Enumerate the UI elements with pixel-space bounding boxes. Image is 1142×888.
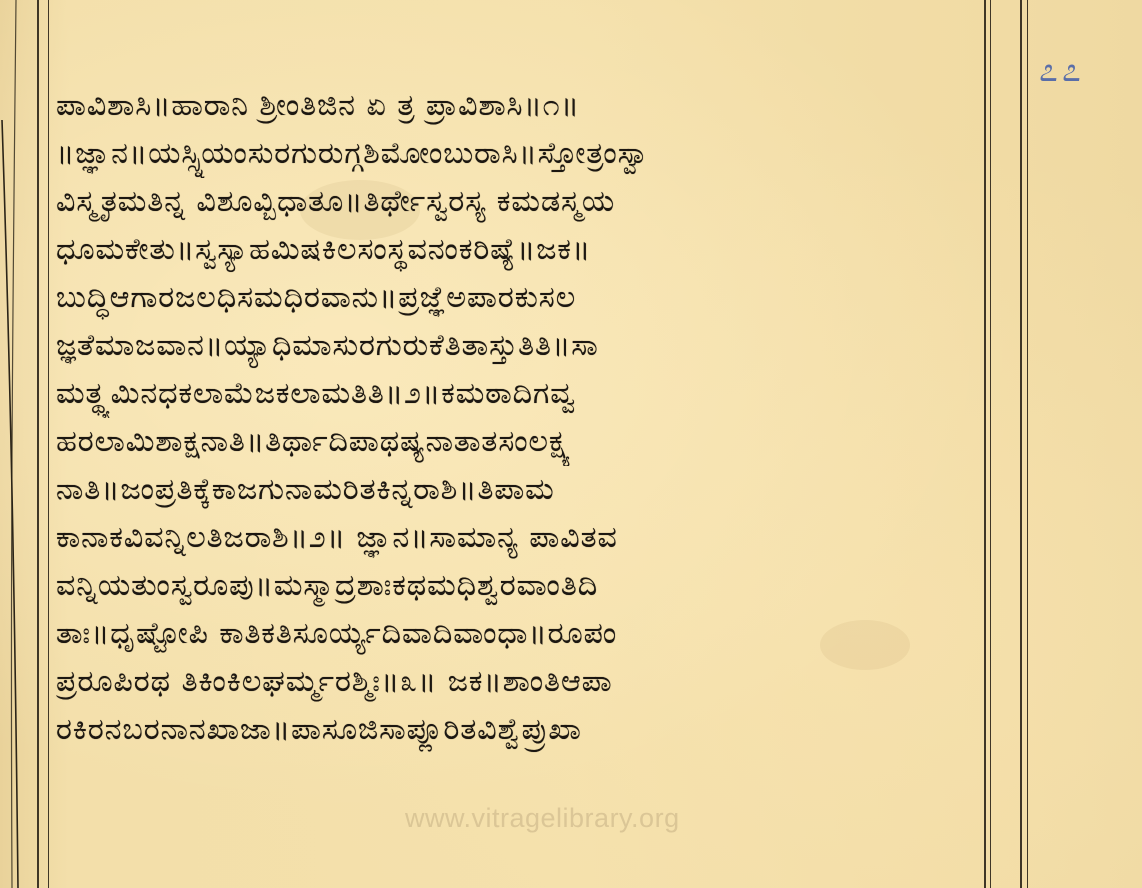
text-line-3: ವಿಸ್ಮೃತಮತಿನ್ನ ವಿಶೂವ್ಬಿಧಾತೂ॥ತಿರ್ಥೇಸ್ವರಸ್ಯ…: [56, 178, 984, 226]
text-line-5: ಬುದ್ಧಿಆಗಾರಜಲಧಿಸಮಧಿರವಾನು॥ಪ್ರಜ್ಞೆಅಪಾರಕುಸಲ: [56, 274, 984, 322]
watermark: www.vitragelibrary.org: [405, 803, 680, 834]
text-line-4: ಧೂಮಕೇತು॥ಸ್ವಸ್ಯಾಹಮಿಷಕಿಲಸಂಸ್ಥವನಂಕರಿಷ್ಯೆ॥ಜಕ…: [56, 226, 984, 274]
text-line-13: ಪ್ರರೂಪಿರಥ ತಿಕಿಂಕಿಲಘರ್ಮ್ಮರಶ್ಮಿಃ॥೩॥ ಜಕ॥ಶಾಂ…: [56, 658, 984, 706]
page-edge-curve: [0, 0, 60, 888]
text-line-10: ಕಾನಾಕವಿವನ್ನಿಲತಿಜರಾಶಿ॥೨॥ ಜ್ಞಾನ॥ಸಾಮಾನ್ಯ ಪಾ…: [56, 514, 984, 562]
text-line-1: ಪಾವಿಶಾಸಿ॥ಹಾರಾನಿ ಶ್ರೀಂತಿಜಿನ ಏ ತ್ರ ಪ್ರಾವಿಶ…: [56, 82, 984, 130]
manuscript-page: ೭೭ ಪಾವಿಶಾಸಿ॥ಹಾರಾನಿ ಶ್ರೀಂತಿಜಿನ ಏ ತ್ರ ಪ್ರಾ…: [0, 0, 1142, 888]
manuscript-text: ಪಾವಿಶಾಸಿ॥ಹಾರಾನಿ ಶ್ರೀಂತಿಜಿನ ಏ ತ್ರ ಪ್ರಾವಿಶ…: [56, 82, 984, 754]
page-number: ೭೭: [1037, 50, 1089, 90]
text-line-9: ನಾತಿ॥ಜಂಪ್ರತಿಕ್ಕೆಕಾಜಗುನಾಮರಿತಕಿನ್ನರಾಶಿ॥ತಿಪ…: [56, 466, 984, 514]
text-line-8: ಹರಲಾಮಿಶಾಕ್ಷನಾತಿ॥ತಿರ್ಥಾದಿಪಾಥಷ್ಯನಾತಾತಸಂಲಕ್…: [56, 418, 984, 466]
text-line-14: ರಕಿರನಬರನಾನಖಾಜಾ॥ಪಾಸೂಜಿಸಾಪ್ಲೂರಿತವಿಶ್ವೆಪ್ರು…: [56, 706, 984, 754]
right-margin-rule-1: [984, 0, 986, 888]
right-margin-rule-3: [1020, 0, 1022, 888]
text-line-2: ॥ಜ್ಞಾನ॥ಯಸ್ಸ್ನಿಯಂಸುರಗುರುಗ್ಗಶಿಮೋಂಬುರಾಸಿ॥ಸ್…: [56, 130, 984, 178]
text-line-12: ತಾಃ॥ಧೃಷ್ಟೋಪಿ ಕಾತಿಕತಿಸೂರ್ಯ್ಯದಿವಾದಿವಾಂಧಾ॥ರ…: [56, 610, 984, 658]
text-line-7: ಮತ್ಥ್ಯಮಿನಧಕಲಾಮೆಜಕಲಾಮತಿತಿ॥೨॥ಕಮಠಾದಿಗವ್ವ: [56, 370, 984, 418]
right-margin-rule-4: [1027, 0, 1028, 888]
text-line-11: ವನ್ನಿಯತುಂಸ್ವರೂಪು॥ಮಸ್ಮಾದ್ರಶಾಃಕಥಮಧಿಶ್ವರವಾಂ…: [56, 562, 984, 610]
left-margin-rule-outer: [37, 0, 39, 888]
text-line-6: ಜ್ಞತೆಮಾಜವಾನ॥ಯ್ಯಾಧಿಮಾಸುರಗುರುಕೆತಿತಾಸ್ತುತಿತ…: [56, 322, 984, 370]
left-margin-rule-inner: [48, 0, 49, 888]
right-margin-rule-2: [990, 0, 991, 888]
